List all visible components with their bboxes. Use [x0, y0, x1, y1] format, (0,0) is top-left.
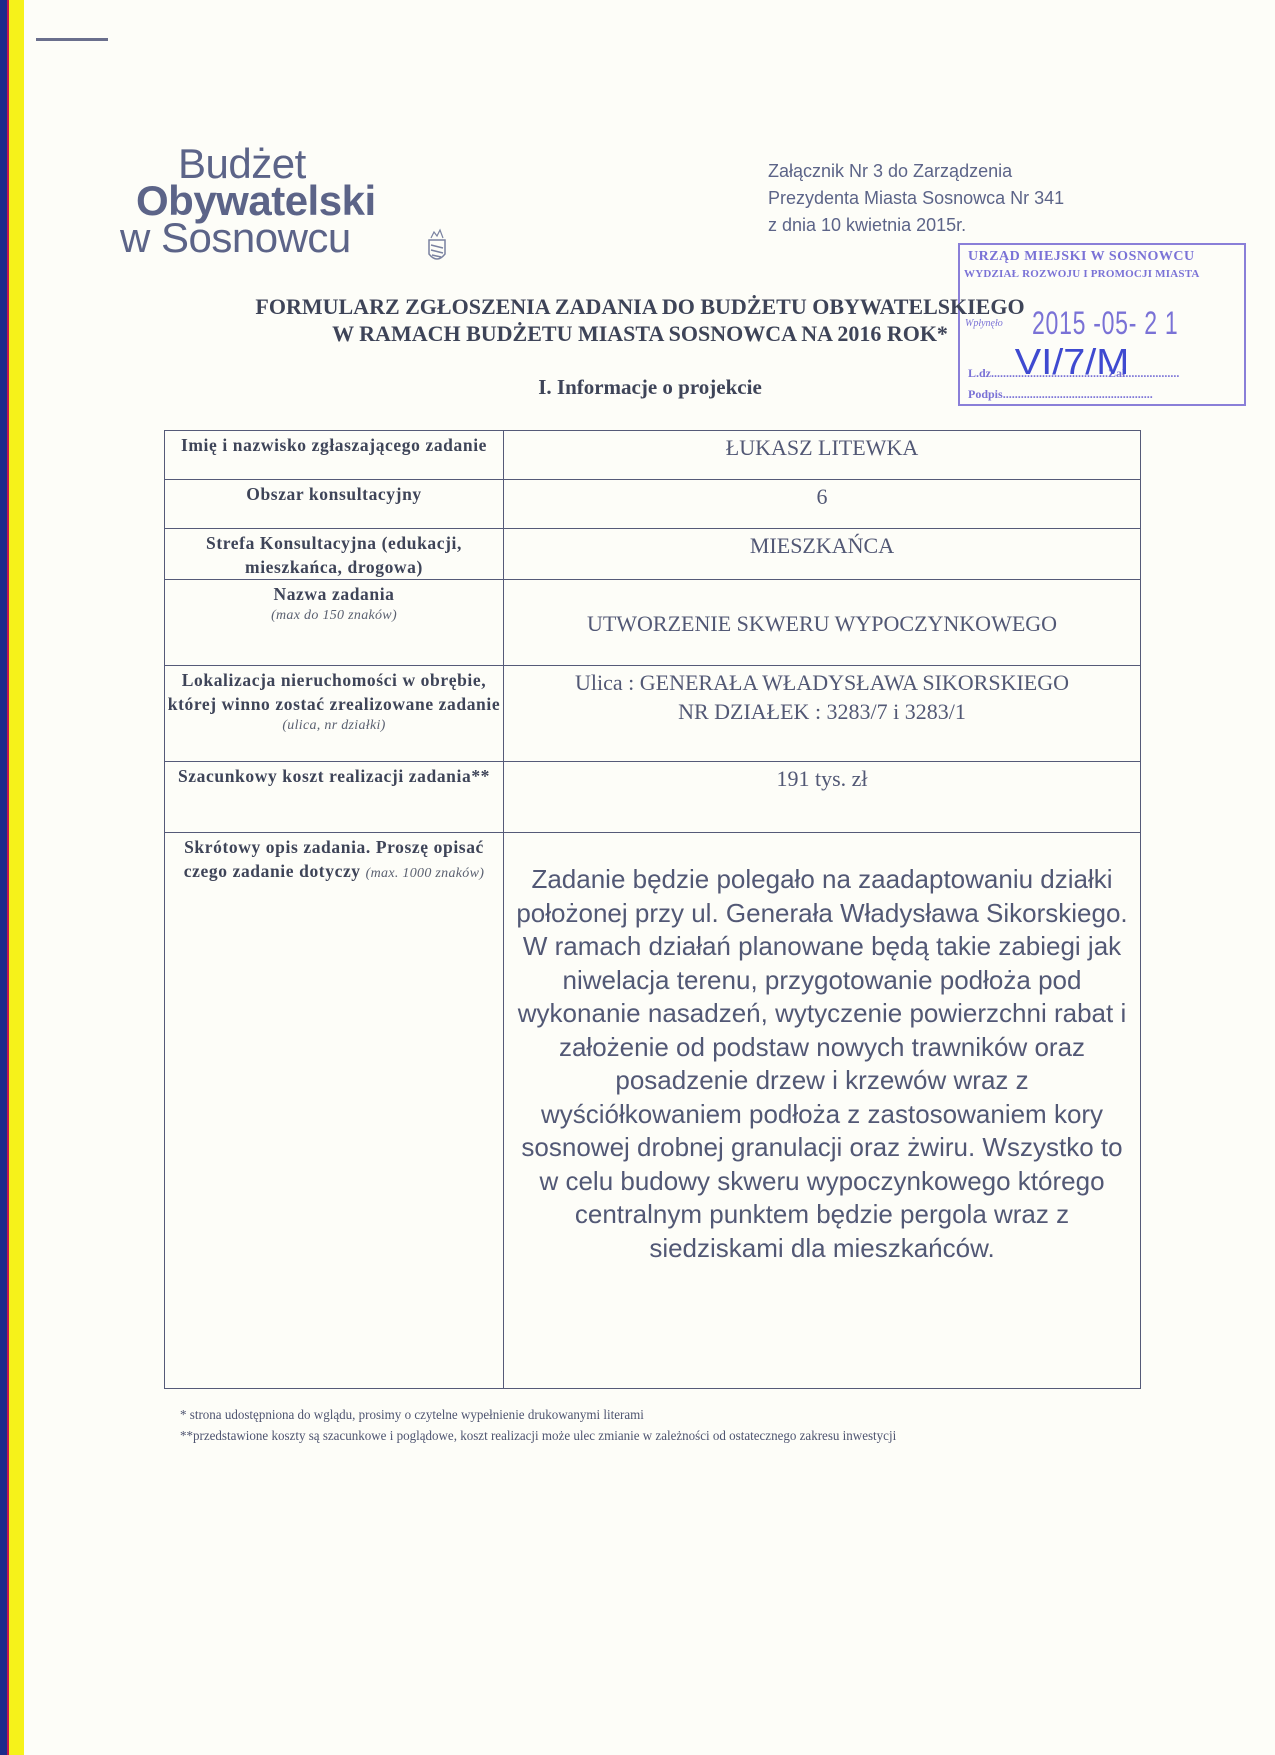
value-location-street: Ulica : GENERAŁA WŁADYSŁAWA SIKORSKIEGO	[504, 668, 1140, 697]
table-row: Nazwa zadania (max do 150 znaków) UTWORZ…	[165, 580, 1141, 666]
footnote-2: **przedstawione koszty są szacunkowe i p…	[180, 1426, 896, 1447]
stamp-ref-label: L.dz.	[968, 366, 994, 380]
label-description-hint: (max. 1000 znaków)	[366, 866, 485, 881]
stamp-ref-number: VI/7/M	[1015, 341, 1129, 383]
value-description: Zadanie będzie polegało na zaadaptowaniu…	[504, 833, 1141, 1389]
form-title-line-1: FORMULARZ ZGŁOSZENIA ZADANIA DO BUDŻETU …	[160, 293, 1120, 320]
label-task-name: Nazwa zadania (max do 150 znaków)	[165, 580, 504, 666]
label-consultation-zone: Strefa Konsultacyjna (edukacji, mieszkań…	[165, 529, 504, 580]
annex-line-3: z dnia 10 kwietnia 2015r.	[768, 212, 1064, 239]
table-row: Lokalizacja nieruchomości w obrębie, któ…	[165, 666, 1141, 762]
table-row: Szacunkowy koszt realizacji zadania** 19…	[165, 762, 1141, 833]
label-task-name-hint: (max do 150 znaków)	[165, 606, 503, 626]
annex-line-1: Załącznik Nr 3 do Zarządzenia	[768, 158, 1064, 185]
logo-line-3: w Sosnowcu	[120, 217, 351, 259]
stamp-department: WYDZIAŁ ROZWOJU I PROMOCJI MIASTA	[964, 268, 1200, 280]
label-estimated-cost: Szacunkowy koszt realizacji zadania**	[165, 762, 504, 833]
sosnowiec-crest-icon	[425, 226, 449, 266]
label-applicant-name: Imię i nazwisko zgłaszającego zadanie	[165, 431, 504, 480]
value-location-plots: NR DZIAŁEK : 3283/7 i 3283/1	[504, 697, 1140, 726]
label-consultation-area: Obszar konsultacyjny	[165, 480, 504, 529]
label-task-name-text: Nazwa zadania	[273, 584, 394, 604]
value-estimated-cost: 191 tys. zł	[504, 762, 1141, 833]
form-title: FORMULARZ ZGŁOSZENIA ZADANIA DO BUDŻETU …	[160, 293, 1120, 347]
value-consultation-area: 6	[504, 480, 1141, 529]
table-row: Strefa Konsultacyjna (edukacji, mieszkań…	[165, 529, 1141, 580]
stamp-signature-label: Podpis	[968, 387, 1003, 401]
table-row: Obszar konsultacyjny 6	[165, 480, 1141, 529]
section-heading: I. Informacje o projekcie	[400, 375, 900, 400]
table-row: Imię i nazwisko zgłaszającego zadanie ŁU…	[165, 431, 1141, 480]
scan-edge-blue	[0, 0, 7, 1755]
stamp-signature-row: Podpis..................................…	[968, 387, 1153, 402]
footnote-1: * strona udostępniona do wglądu, prosimy…	[180, 1405, 896, 1426]
annex-line-2: Prezydenta Miasta Sosnowca Nr 341	[768, 185, 1064, 212]
value-consultation-zone: MIESZKAŃCA	[504, 529, 1141, 580]
form-title-line-2: W RAMACH BUDŻETU MIASTA SOSNOWCA NA 2016…	[160, 320, 1120, 347]
scan-edge-yellow	[9, 0, 24, 1755]
project-info-table: Imię i nazwisko zgłaszającego zadanie ŁU…	[164, 430, 1141, 1389]
annex-reference: Załącznik Nr 3 do Zarządzenia Prezydenta…	[768, 158, 1064, 239]
footnotes: * strona udostępniona do wglądu, prosimy…	[180, 1405, 896, 1447]
scan-mark	[36, 38, 108, 41]
value-task-name: UTWORZENIE SKWERU WYPOCZYNKOWEGO	[504, 580, 1141, 666]
value-applicant-name: ŁUKASZ LITEWKA	[504, 431, 1141, 480]
label-description: Skrótowy opis zadania. Proszę opisać cze…	[165, 833, 504, 1389]
label-location-text: Lokalizacja nieruchomości w obrębie, któ…	[168, 670, 500, 714]
table-row: Skrótowy opis zadania. Proszę opisać cze…	[165, 833, 1141, 1389]
stamp-office: URZĄD MIEJSKI W SOSNOWCU	[968, 249, 1195, 265]
label-location-hint: (ulica, nr działki)	[165, 716, 503, 736]
value-location: Ulica : GENERAŁA WŁADYSŁAWA SIKORSKIEGO …	[504, 666, 1141, 762]
label-location: Lokalizacja nieruchomości w obrębie, któ…	[165, 666, 504, 762]
